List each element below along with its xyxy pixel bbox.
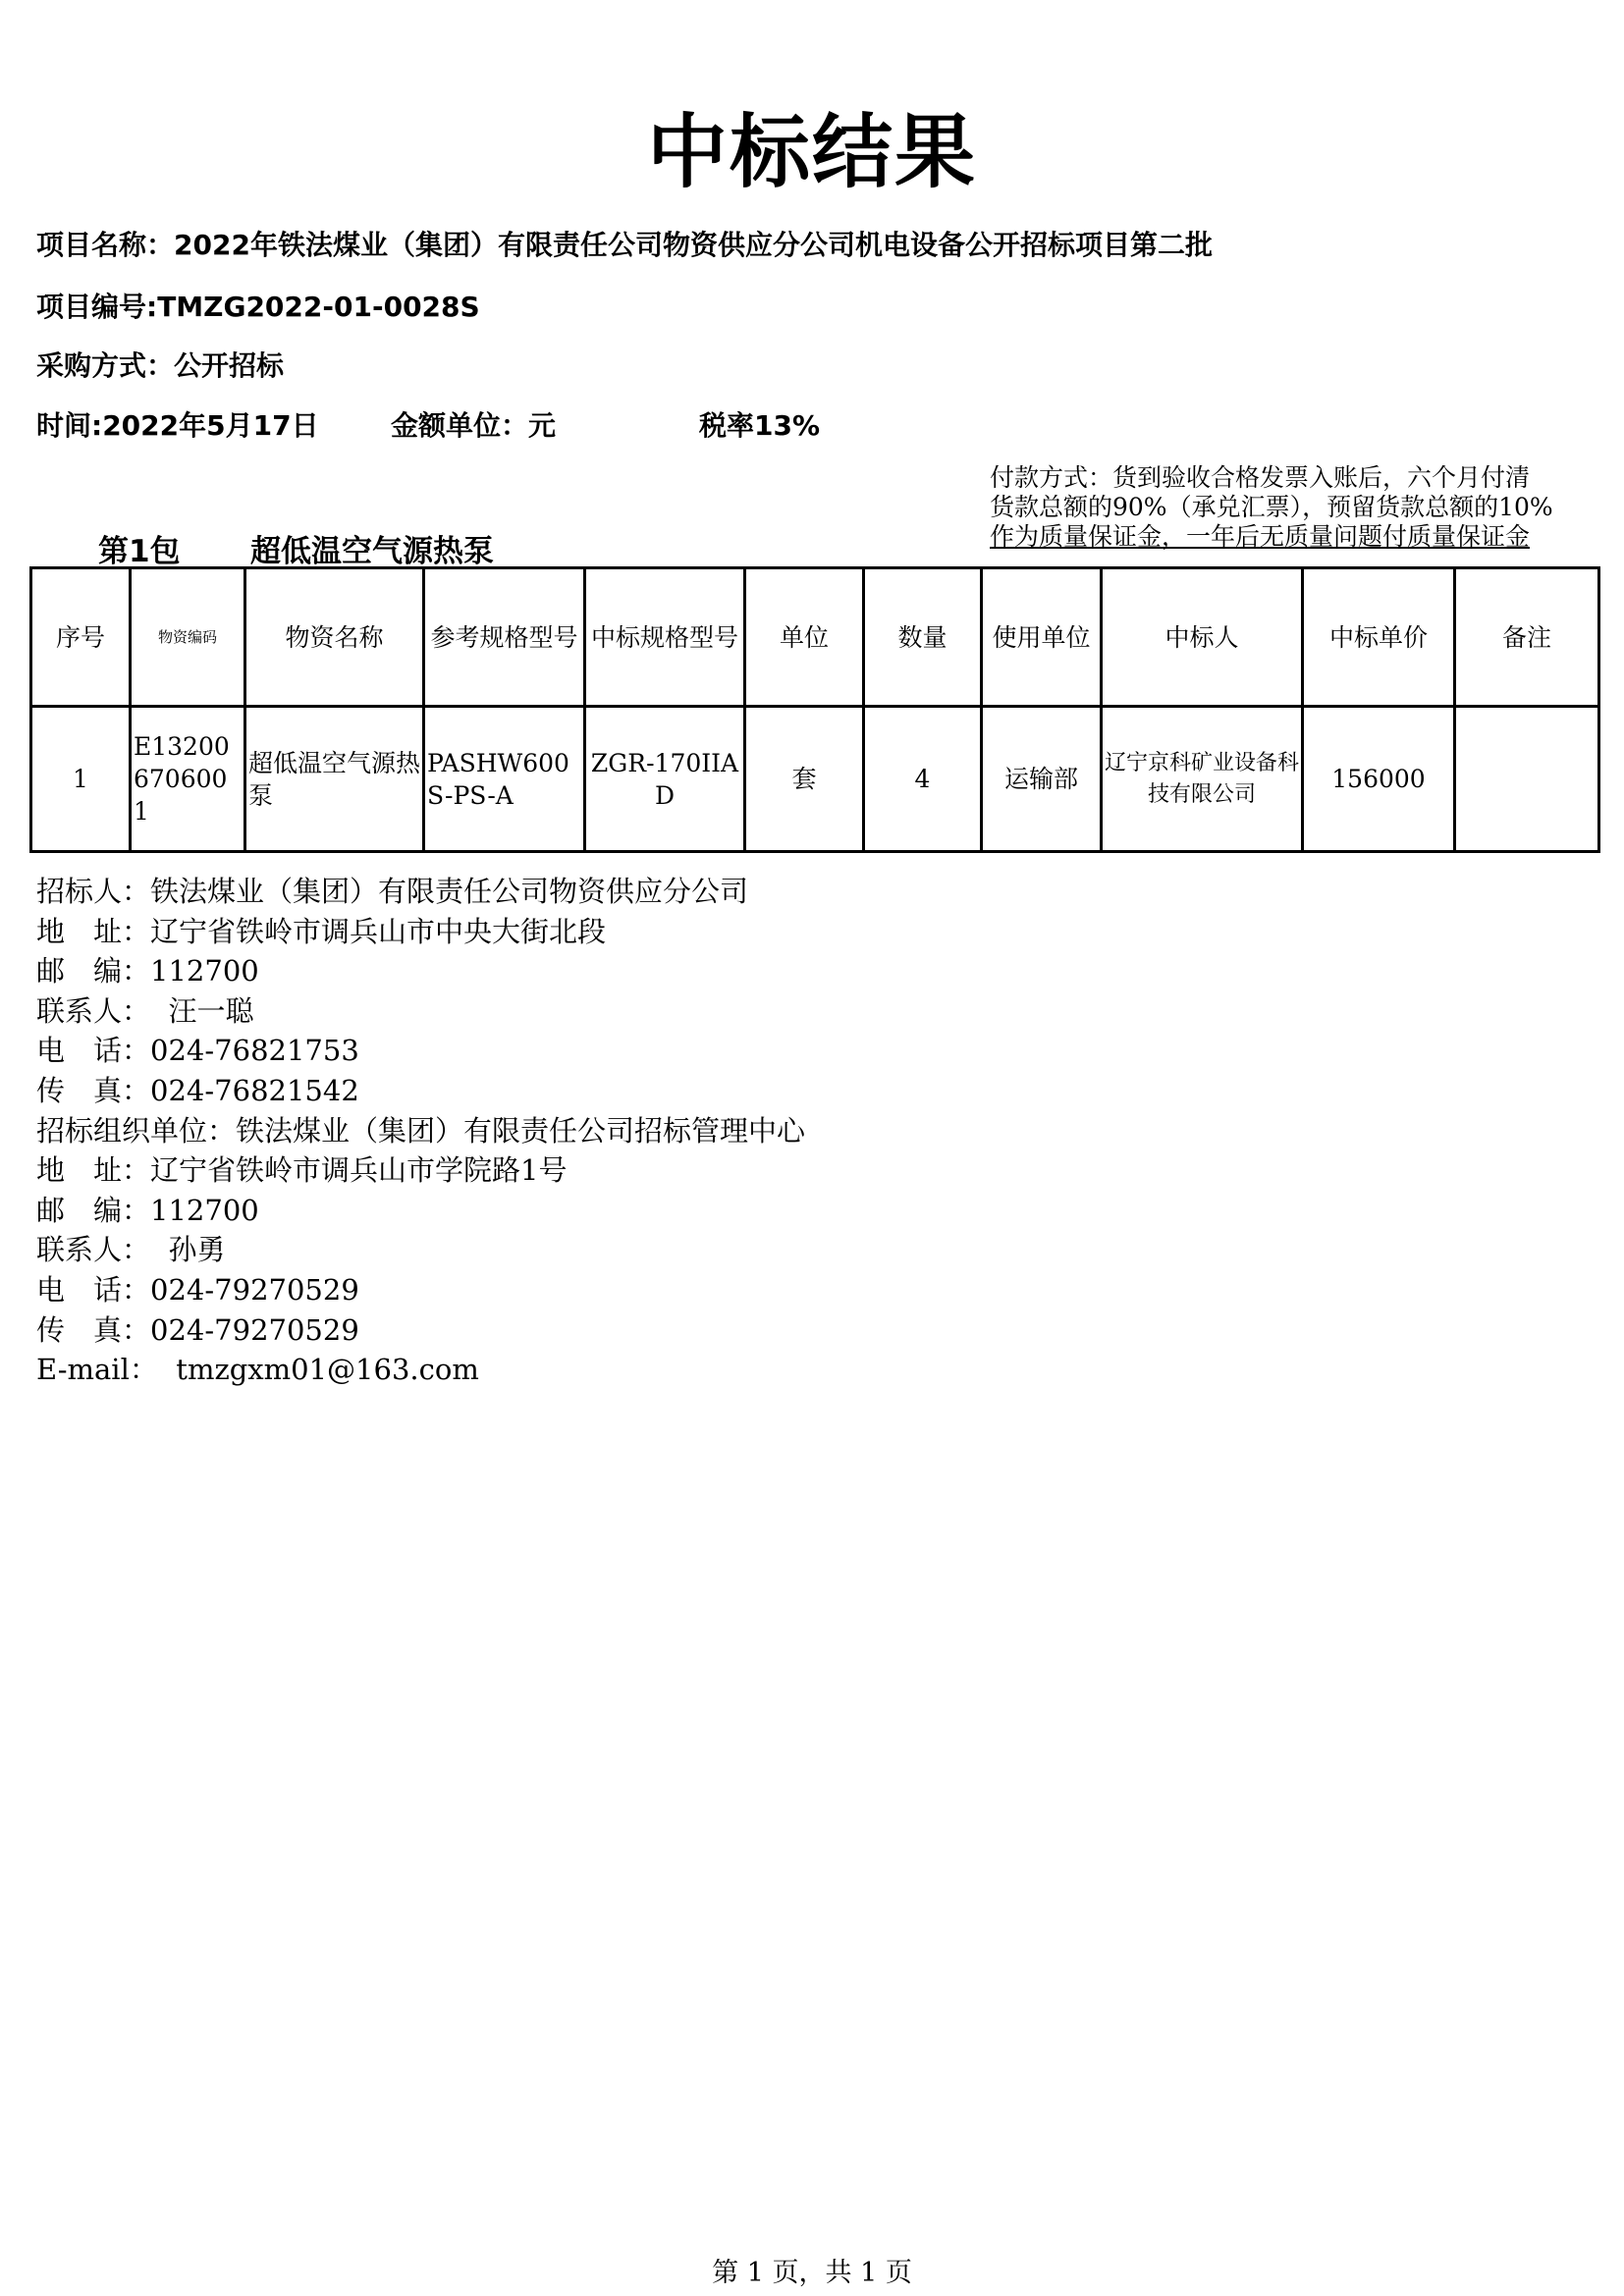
agency-email-line: E-mail： tmzgxm01@163.com <box>36 1350 805 1390</box>
agency-contact: 孙勇 <box>168 1233 225 1266</box>
agency-fax-line: 传 真：024-79270529 <box>36 1310 805 1351</box>
tenderer-postcode: 112700 <box>150 954 259 988</box>
tenderer-address: 辽宁省铁岭市调兵山市中央大街北段 <box>150 915 606 948</box>
cell-ref-spec: PASHW600S-PS-A <box>424 707 585 852</box>
currency-value: 元 <box>528 404 556 444</box>
project-number-line: 项目编号:TMZG2022-01-0028S <box>36 286 480 325</box>
date-value: 2022年5月17日 <box>102 404 318 444</box>
agency-postcode-line: 邮 编：112700 <box>36 1191 805 1231</box>
payment-terms-line: 作为质量保证金，一年后无质量问题付质量保证金 <box>990 522 1553 552</box>
tenderer-contact-line: 联系人： 汪一聪 <box>36 991 805 1032</box>
cell-name: 超低温空气源热泵 <box>245 707 424 852</box>
procurement-method-line: 采购方式：公开招标 <box>36 345 284 384</box>
label: 地 址： <box>36 1153 150 1187</box>
cell-seq: 1 <box>31 707 131 852</box>
label: 邮 编： <box>36 954 150 988</box>
contact-info: 招标人：铁法煤业（集团）有限责任公司物资供应分公司 地 址：辽宁省铁岭市调兵山市… <box>36 872 805 1390</box>
agency-name: 铁法煤业（集团）有限责任公司招标管理中心 <box>236 1114 805 1148</box>
agency-name-line: 招标组织单位：铁法煤业（集团）有限责任公司招标管理中心 <box>36 1111 805 1151</box>
cell-win-spec: ZGR-170IIAD <box>585 707 745 852</box>
tenderer-address-line: 地 址：辽宁省铁岭市调兵山市中央大街北段 <box>36 912 805 952</box>
header-cell: 序号 <box>31 568 131 707</box>
label: 招标组织单位： <box>36 1114 236 1148</box>
agency-address-line: 地 址：辽宁省铁岭市调兵山市学院路1号 <box>36 1150 805 1191</box>
cell-remark <box>1455 707 1599 852</box>
cell-code: E132006706001 <box>131 707 245 852</box>
project-name-label: 项目名称： <box>36 224 174 263</box>
cell-price: 156000 <box>1303 707 1455 852</box>
header-cell: 参考规格型号 <box>424 568 585 707</box>
date-line: 时间:2022年5月17日 <box>36 404 319 444</box>
header-cell: 数量 <box>864 568 982 707</box>
table-row: 1 E132006706001 超低温空气源热泵 PASHW600S-PS-A … <box>31 707 1599 852</box>
page-title: 中标结果 <box>0 88 1624 203</box>
bid-result-table: 序号 物资编码 物资名称 参考规格型号 中标规格型号 单位 数量 使用单位 中标… <box>29 566 1600 853</box>
payment-terms-line: 付款方式：货到验收合格发票入账后，六个月付清 <box>990 463 1553 493</box>
page-footer: 第 1 页，共 1 页 <box>0 2251 1624 2289</box>
agency-phone-line: 电 话：024-79270529 <box>36 1270 805 1310</box>
label: 邮 编： <box>36 1194 150 1227</box>
currency-line: 金额单位：元 <box>391 404 556 444</box>
agency-address: 辽宁省铁岭市调兵山市学院路1号 <box>150 1153 567 1187</box>
agency-contact-line: 联系人： 孙勇 <box>36 1230 805 1270</box>
tenderer-name-line: 招标人：铁法煤业（集团）有限责任公司物资供应分公司 <box>36 872 805 912</box>
tenderer-postcode-line: 邮 编：112700 <box>36 951 805 991</box>
date-label: 时间: <box>36 404 102 444</box>
tenderer-phone-line: 电 话：024-76821753 <box>36 1031 805 1071</box>
label: 电 话： <box>36 1034 150 1067</box>
tenderer-fax: 024-76821542 <box>150 1074 359 1107</box>
header-cell: 物资名称 <box>245 568 424 707</box>
agency-phone: 024-79270529 <box>150 1273 359 1307</box>
cell-unit: 套 <box>745 707 864 852</box>
payment-terms: 付款方式：货到验收合格发票入账后，六个月付清 货款总额的90%（承兑汇票），预留… <box>990 463 1553 552</box>
header-cell: 物资编码 <box>131 568 245 707</box>
package-number: 第1包 <box>98 526 181 570</box>
tenderer-fax-line: 传 真：024-76821542 <box>36 1071 805 1111</box>
payment-terms-line: 货款总额的90%（承兑汇票），预留货款总额的10% <box>990 493 1553 522</box>
tax-rate: 税率13% <box>699 404 820 444</box>
label: 联系人： <box>36 1233 150 1266</box>
label: 传 真： <box>36 1074 150 1107</box>
header-cell: 使用单位 <box>982 568 1102 707</box>
agency-fax: 024-79270529 <box>150 1313 359 1347</box>
label: E-mail： <box>36 1353 158 1386</box>
label: 地 址： <box>36 915 150 948</box>
package-name: 超低温空气源热泵 <box>250 526 494 570</box>
label: 电 话： <box>36 1273 150 1307</box>
header-cell: 单位 <box>745 568 864 707</box>
project-name-value: 2022年铁法煤业（集团）有限责任公司物资供应分公司机电设备公开招标项目第二批 <box>174 224 1213 263</box>
tenderer-name: 铁法煤业（集团）有限责任公司物资供应分公司 <box>150 875 748 908</box>
procurement-method-value: 公开招标 <box>174 345 284 384</box>
header-cell: 中标规格型号 <box>585 568 745 707</box>
header-cell: 中标单价 <box>1303 568 1455 707</box>
header-cell: 中标人 <box>1102 568 1303 707</box>
cell-qty: 4 <box>864 707 982 852</box>
agency-email[interactable]: tmzgxm01@163.com <box>176 1353 479 1386</box>
label: 传 真： <box>36 1313 150 1347</box>
tenderer-contact: 汪一聪 <box>168 994 253 1028</box>
label: 招标人： <box>36 875 150 908</box>
procurement-method-label: 采购方式： <box>36 345 174 384</box>
tenderer-phone: 024-76821753 <box>150 1034 359 1067</box>
cell-dept: 运输部 <box>982 707 1102 852</box>
table-header-row: 序号 物资编码 物资名称 参考规格型号 中标规格型号 单位 数量 使用单位 中标… <box>31 568 1599 707</box>
project-name-line: 项目名称：2022年铁法煤业（集团）有限责任公司物资供应分公司机电设备公开招标项… <box>36 224 1213 263</box>
project-number-value: TMZG2022-01-0028S <box>157 291 479 323</box>
project-number-label: 项目编号: <box>36 286 157 325</box>
agency-postcode: 112700 <box>150 1194 259 1227</box>
cell-winner: 辽宁京科矿业设备科技有限公司 <box>1102 707 1303 852</box>
header-cell: 备注 <box>1455 568 1599 707</box>
label: 联系人： <box>36 994 150 1028</box>
currency-label: 金额单位： <box>391 404 528 444</box>
